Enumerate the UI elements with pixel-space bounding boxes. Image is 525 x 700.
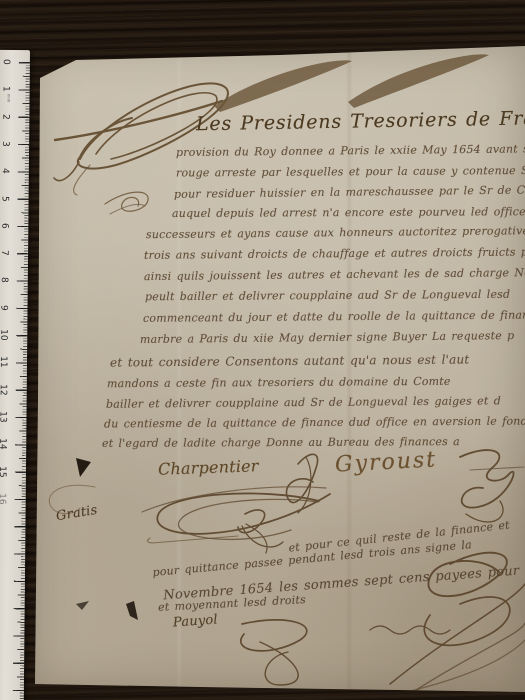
ruler-number: 15 [0,465,7,479]
signature-gyroust: Gyroust [334,447,437,477]
signature-pauyol: Pauyol [173,612,219,630]
photo-scene: Les Presidens Tresoriers de France provi… [0,0,525,700]
body-line: provision du Roy donnee a Paris le xxiie… [176,142,525,159]
margin-note-gratis: Gratis [55,503,98,524]
body-line: marbre a Paris du xiie May dernier signe… [140,329,515,346]
document-heading: Les Presidens Tresoriers de France [196,107,525,136]
body-line: peult bailler et delivrer coupplaine aud… [145,288,510,304]
ruler-number: 7 [0,246,9,260]
signature-charpentier: Charpentier [158,456,259,479]
body-line: pour residuer huissier en la mareschauss… [174,182,525,201]
body-line: et tout considere Consentons autant qu'a… [110,352,470,369]
ruler-number: 9 [0,301,9,315]
ruler-number: 16 [0,492,7,506]
ruler-number: 0 [0,55,11,69]
ruler-tick-marks [13,62,30,700]
body-line: ainsi quils jouissent les autres et ache… [144,266,525,283]
body-line: commenceant du jour et datte du roolle d… [143,308,525,325]
body-line: mandons a ceste fin aux tresoriers du do… [107,375,451,390]
body-line: rouge arreste par lesquelles et pour la … [176,164,525,180]
body-line: successeurs et ayans cause aux honneurs … [146,224,525,241]
body-line: bailler et delivrer coupplaine aud Sr de… [106,394,501,410]
ruler-number: 6 [0,219,9,233]
body-line: auquel depuis led arrest n'a encore este… [172,205,525,220]
parchment-hole [76,601,89,610]
manuscript-document: Les Presidens Tresoriers de France provi… [30,44,525,692]
body-line: trois ans suivant droicts de chauffage e… [144,245,525,262]
ruler-number: 5 [0,192,10,206]
body-line: et l'egard de ladite charge Donne au Bur… [102,435,460,450]
ruler-number: 4 [0,164,10,178]
ruler-number: 8 [0,273,9,287]
parchment-hole [76,458,91,477]
body-line: du centiesme de la quittance de finance … [104,415,525,431]
ruler-number: 3 [0,137,10,151]
ruler-number: 2 [0,110,10,124]
parchment-hole [126,601,138,620]
ruler: 0 1 2 3 4 5 6 7 8 9 10 11 12 13 14 15 16… [0,50,30,700]
ruler-unit-label: mm [6,94,11,103]
